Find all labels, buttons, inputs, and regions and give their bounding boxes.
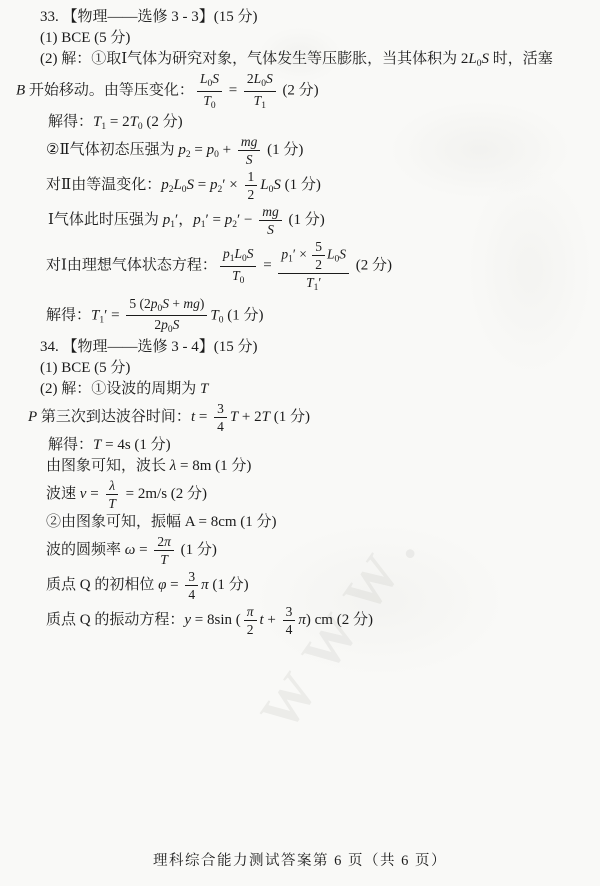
numerator: p1′ × 52L0S bbox=[278, 239, 349, 274]
math-var: B bbox=[16, 82, 25, 98]
fraction: λT bbox=[105, 478, 119, 511]
denominator: S bbox=[243, 151, 256, 167]
text-run: (2) 解：①设波的周期为 bbox=[40, 381, 200, 397]
denominator: T0 bbox=[200, 92, 218, 112]
math-var: p bbox=[193, 212, 201, 228]
fraction: 52 bbox=[312, 239, 325, 272]
text-run: = 8m (1 分) bbox=[176, 458, 251, 474]
numerator: 3 bbox=[185, 569, 198, 586]
answer-line: 解得：T1 = 2T0 (2 分) bbox=[0, 112, 598, 133]
math-var: T bbox=[230, 408, 238, 424]
text-run: ′ bbox=[318, 275, 321, 290]
math-var: π bbox=[247, 604, 254, 619]
text-run: + 2 bbox=[238, 408, 261, 424]
text-run: Ⅰ气体此时压强为 bbox=[48, 212, 163, 228]
math-var: S bbox=[212, 71, 219, 86]
math-var: π bbox=[298, 611, 306, 627]
text-run: (1 分) bbox=[281, 177, 321, 193]
text-run: 3 bbox=[217, 401, 224, 416]
answer-line: (1) BCE (5 分) bbox=[0, 28, 598, 49]
math-var: S bbox=[162, 296, 169, 311]
text-run: 1 bbox=[248, 169, 255, 184]
fraction: 2πT bbox=[154, 534, 174, 567]
text-run: = bbox=[86, 485, 102, 501]
math-var: π bbox=[201, 576, 209, 592]
text-run: 3 bbox=[188, 569, 195, 584]
text-run: ′ = bbox=[205, 212, 224, 228]
math-var: λ bbox=[109, 478, 115, 493]
text-run: (2 分) bbox=[143, 114, 183, 130]
math-var: T bbox=[306, 275, 314, 290]
numerator: π bbox=[244, 604, 257, 621]
answer-line: ②由图象可知，振幅 A = 8cm (1 分) bbox=[0, 512, 598, 533]
text-run: ′ − bbox=[237, 212, 256, 228]
denominator: T bbox=[157, 551, 171, 567]
text-run: + bbox=[219, 142, 235, 158]
math-var: p bbox=[207, 142, 215, 158]
math-var: ω bbox=[125, 541, 136, 557]
text-run: = bbox=[194, 177, 210, 193]
math-var: y bbox=[184, 611, 191, 627]
text-run: ②Ⅱ气体初态压强为 bbox=[46, 142, 178, 158]
text-run: 解得： bbox=[48, 114, 93, 130]
text-run: 2 bbox=[247, 622, 254, 637]
text-run: 对Ⅰ由理想气体状态方程： bbox=[46, 258, 217, 274]
denominator: T1 bbox=[251, 92, 269, 112]
text-run: (1 分) bbox=[263, 142, 303, 158]
answer-line: 解得：T1′ = 5 (2p0S + mg)2p0ST0 (1 分) bbox=[0, 295, 598, 337]
fraction: 34 bbox=[185, 569, 198, 602]
math-var: T bbox=[160, 552, 168, 567]
text-run: 2 bbox=[247, 71, 254, 86]
text-run: 波速 bbox=[46, 485, 80, 501]
fraction: 12 bbox=[245, 169, 258, 202]
text-run: = bbox=[166, 576, 182, 592]
math-var: T bbox=[200, 381, 208, 397]
fraction: π2 bbox=[244, 604, 257, 637]
text-run: = 2 bbox=[106, 114, 129, 130]
denominator: S bbox=[264, 221, 277, 237]
text-run: 5 (2 bbox=[129, 296, 150, 311]
text-run: ′ × bbox=[293, 247, 310, 262]
subscript: 1 bbox=[261, 101, 266, 111]
math-var: p bbox=[161, 177, 169, 193]
numerator: 3 bbox=[283, 604, 296, 621]
text-run: = bbox=[191, 142, 207, 158]
text-run: 2 bbox=[248, 187, 255, 202]
text-run: 33. 【物理——选修 3 - 3】(15 分) bbox=[40, 9, 258, 25]
math-var: S bbox=[273, 177, 281, 193]
text-run: (1) BCE (5 分) bbox=[40, 360, 130, 376]
fraction: mgS bbox=[259, 204, 282, 237]
denominator: T0 bbox=[229, 267, 247, 287]
math-var: L bbox=[260, 177, 268, 193]
answer-line: 对Ⅰ由理想气体状态方程：p1L0ST0 = p1′ × 52L0ST1′ (2 … bbox=[0, 238, 598, 295]
answer-line: ②Ⅱ气体初态压强为 p2 = p0 + mgS (1 分) bbox=[0, 133, 598, 168]
math-var: T bbox=[262, 408, 270, 424]
text-run: 第三次到达波谷时间： bbox=[37, 408, 191, 424]
answer-line: 波的圆频率 ω = 2πT (1 分) bbox=[0, 533, 598, 568]
text-run: 开始移动。由等压变化： bbox=[25, 82, 194, 98]
numerator: L0S bbox=[197, 71, 222, 92]
answer-line: (2) 解：①取Ⅰ气体为研究对象，气体发生等压膨胀，当其体积为 2L0S 时，活… bbox=[0, 49, 598, 70]
text-run: ) cm (2 分) bbox=[306, 611, 373, 627]
answer-line: Ⅰ气体此时压强为 p1′，p1′ = p2′ − mgS (1 分) bbox=[0, 203, 598, 238]
math-var: p bbox=[223, 246, 230, 261]
math-var: S bbox=[339, 247, 346, 262]
math-var: p bbox=[178, 142, 186, 158]
fraction: p1′ × 52L0ST1′ bbox=[278, 239, 349, 294]
math-var: T bbox=[108, 496, 116, 511]
denominator: 2 bbox=[312, 256, 325, 272]
denominator: 2 bbox=[244, 621, 257, 637]
answer-line: (1) BCE (5 分) bbox=[0, 358, 598, 379]
text-run: = 8sin ( bbox=[191, 611, 241, 627]
numerator: p1L0S bbox=[220, 246, 257, 267]
math-var: T bbox=[130, 114, 138, 130]
numerator: 3 bbox=[214, 401, 227, 418]
denominator: 4 bbox=[185, 586, 198, 602]
text-run: ②由图象可知，振幅 A = 8cm (1 分) bbox=[46, 514, 277, 530]
denominator: T bbox=[105, 495, 119, 511]
math-var: T bbox=[232, 268, 240, 283]
text-run: 4 bbox=[188, 587, 195, 602]
text-run: 4 bbox=[286, 622, 293, 637]
text-run: 34. 【物理——选修 3 - 4】(15 分) bbox=[40, 339, 258, 355]
text-run: (1 分) bbox=[270, 408, 310, 424]
math-var: P bbox=[28, 408, 37, 424]
text-run: 解得： bbox=[48, 437, 93, 453]
text-run: (2 分) bbox=[352, 258, 392, 274]
text-run: 3 bbox=[286, 604, 293, 619]
answer-line: 质点 Q 的初相位 φ = 34π (1 分) bbox=[0, 568, 598, 603]
numerator: λ bbox=[106, 478, 118, 495]
text-run: (1 分) bbox=[177, 541, 217, 557]
denominator: 2 bbox=[245, 186, 258, 202]
math-var: S bbox=[266, 71, 273, 86]
numerator: 2L0S bbox=[244, 71, 276, 92]
math-var: p bbox=[161, 317, 168, 332]
math-var: S bbox=[173, 317, 180, 332]
text-run: 由图象可知，波长 bbox=[46, 458, 170, 474]
denominator: 2p0S bbox=[151, 316, 182, 336]
math-var: mg bbox=[262, 204, 279, 219]
numerator: 5 bbox=[312, 239, 325, 256]
denominator: 4 bbox=[283, 621, 296, 637]
denominator: T1′ bbox=[303, 274, 324, 294]
page-footer: 理科综合能力测试答案第 6 页（共 6 页） bbox=[0, 849, 600, 870]
answer-line: B 开始移动。由等压变化：L0ST0 = 2L0ST1 (2 分) bbox=[0, 70, 598, 112]
math-var: T bbox=[210, 307, 218, 323]
numerator: mg bbox=[259, 204, 282, 221]
text-run: (1 分) bbox=[285, 212, 325, 228]
text-run: 4 bbox=[217, 419, 224, 434]
text-run: 解得： bbox=[46, 307, 91, 323]
text-run: = bbox=[195, 408, 211, 424]
answer-line: P 第三次到达波谷时间：t = 34T + 2T (1 分) bbox=[0, 400, 598, 435]
text-run: + bbox=[264, 611, 280, 627]
text-run: 对Ⅱ由等温变化： bbox=[46, 177, 161, 193]
text-run: (1 分) bbox=[209, 576, 249, 592]
answer-line: 由图象可知，波长 λ = 8m (1 分) bbox=[0, 456, 598, 477]
subscript: 0 bbox=[240, 276, 245, 286]
fraction: 2L0ST1 bbox=[244, 71, 276, 111]
math-var: S bbox=[247, 246, 254, 261]
text-run: = bbox=[225, 82, 241, 98]
fraction: L0ST0 bbox=[197, 71, 222, 111]
math-var: S bbox=[267, 222, 274, 237]
math-var: L bbox=[173, 177, 181, 193]
math-var: L bbox=[234, 246, 242, 261]
math-var: mg bbox=[241, 134, 258, 149]
math-var: L bbox=[327, 247, 335, 262]
math-var: L bbox=[468, 51, 476, 67]
text-run: (1) BCE (5 分) bbox=[40, 30, 130, 46]
answer-line: 34. 【物理——选修 3 - 4】(15 分) bbox=[0, 337, 598, 358]
text-run: ′， bbox=[175, 212, 193, 228]
answer-line: 波速 v = λT = 2m/s (2 分) bbox=[0, 477, 598, 512]
answer-line: 33. 【物理——选修 3 - 3】(15 分) bbox=[0, 7, 598, 28]
math-var: mg bbox=[183, 296, 200, 311]
text-run: ′ = bbox=[104, 307, 123, 323]
answer-lines: 33. 【物理——选修 3 - 3】(15 分)(1) BCE (5 分)(2)… bbox=[0, 7, 598, 638]
fraction: mgS bbox=[238, 134, 261, 167]
text-run: (2) 解：①取Ⅰ气体为研究对象，气体发生等压膨胀，当其体积为 2 bbox=[40, 51, 468, 67]
text-run: 波的圆频率 bbox=[46, 541, 125, 557]
math-var: S bbox=[246, 152, 253, 167]
math-var: π bbox=[164, 534, 171, 549]
text-run: ) bbox=[200, 296, 205, 311]
text-run: (2 分) bbox=[279, 82, 319, 98]
text-run: = 2m/s (2 分) bbox=[122, 485, 207, 501]
text-run: ′ × bbox=[222, 177, 241, 193]
text-run: 5 bbox=[315, 239, 322, 254]
answer-line: 解得：T = 4s (1 分) bbox=[0, 435, 598, 456]
answer-line: (2) 解：①设波的周期为 T bbox=[0, 379, 598, 400]
math-var: T bbox=[203, 93, 211, 108]
numerator: mg bbox=[238, 134, 261, 151]
answer-line: 对Ⅱ由等温变化：p2L0S = p2′ × 12L0S (1 分) bbox=[0, 168, 598, 203]
fraction: p1L0ST0 bbox=[220, 246, 257, 286]
denominator: 4 bbox=[214, 418, 227, 434]
math-var: p bbox=[210, 177, 218, 193]
text-run: (1 分) bbox=[223, 307, 263, 323]
text-run: 质点 Q 的振动方程： bbox=[46, 611, 184, 627]
math-var: S bbox=[482, 51, 490, 67]
text-run: + bbox=[169, 296, 183, 311]
fraction: 5 (2p0S + mg)2p0S bbox=[126, 296, 207, 336]
numerator: 5 (2p0S + mg) bbox=[126, 296, 207, 317]
text-run: = 4s (1 分) bbox=[101, 437, 170, 453]
text-run: 时，活塞 bbox=[489, 51, 553, 67]
fraction: 34 bbox=[283, 604, 296, 637]
text-run: 2 bbox=[315, 257, 322, 272]
answer-sheet-page: WWW. 33. 【物理——选修 3 - 3】(15 分)(1) BCE (5 … bbox=[0, 0, 600, 886]
subscript: 0 bbox=[211, 101, 216, 111]
text-run: = bbox=[259, 258, 275, 274]
numerator: 2π bbox=[154, 534, 174, 551]
numerator: 1 bbox=[245, 169, 258, 186]
text-run: = bbox=[135, 541, 151, 557]
fraction: 34 bbox=[214, 401, 227, 434]
answer-line: 质点 Q 的振动方程：y = 8sin (π2t + 34π) cm (2 分) bbox=[0, 603, 598, 638]
math-var: S bbox=[187, 177, 195, 193]
text-run: 质点 Q 的初相位 bbox=[46, 576, 158, 592]
